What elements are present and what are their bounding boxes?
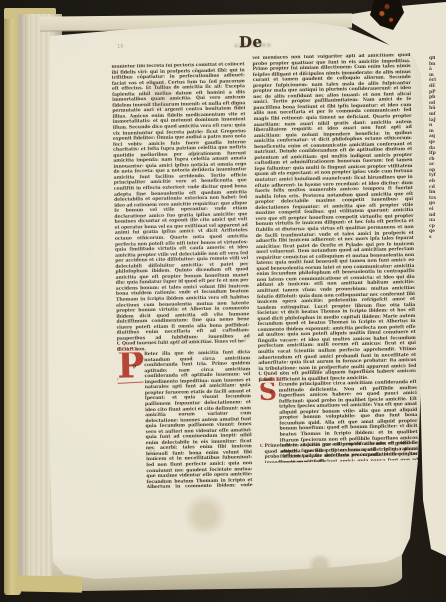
guide-letter: s xyxy=(270,390,273,395)
drop-cap-S: S s xyxy=(259,383,279,401)
left-column-paragraph: P p Reter illa que de amicitia ſunt dict… xyxy=(117,350,253,487)
right-text-column: vel mendaces non ſunt vulgariter apti ad… xyxy=(252,53,418,463)
left-text-column: munietur ſibi ſecreta ſui pectoris cõmit… xyxy=(111,62,252,488)
right-column-paragraph: CPrimo erit in amicitia que eſt propter … xyxy=(260,441,418,461)
guide-letter: p xyxy=(133,365,136,370)
printed-text-layer: amicitia De 16 83 munietur ſibi ſecreta … xyxy=(0,0,446,602)
book-cover-edge-bottom xyxy=(16,575,82,592)
open-page: amicitia De 16 83 munietur ſibi ſecreta … xyxy=(0,0,446,602)
facing-page-text-strip: qflbnāmēridEpPpbodhūmſiaJnmaqqedaiſprbac… xyxy=(429,56,436,428)
left-column-paragraph: munietur ſibi ſecreta ſui pectoris cõmit… xyxy=(111,62,249,342)
running-header: De xyxy=(239,35,263,50)
capitulum-mark: C xyxy=(117,342,121,347)
pencil-mark-top: 16 xyxy=(117,45,123,50)
drop-cap-P: P p xyxy=(117,352,145,383)
right-column-paragraph: S s Ecundo principaliter circa amicitiam… xyxy=(259,380,418,444)
right-column-paragraph: vel mendaces non ſunt vulgariter apti ad… xyxy=(252,53,416,372)
book-photo: qflbnāmēridEpPpbodhūmſiaJnmaqqedaiſprbac… xyxy=(0,0,446,602)
capitulum-mark: C xyxy=(258,372,262,377)
capitulum-mark-red: C xyxy=(260,444,264,449)
